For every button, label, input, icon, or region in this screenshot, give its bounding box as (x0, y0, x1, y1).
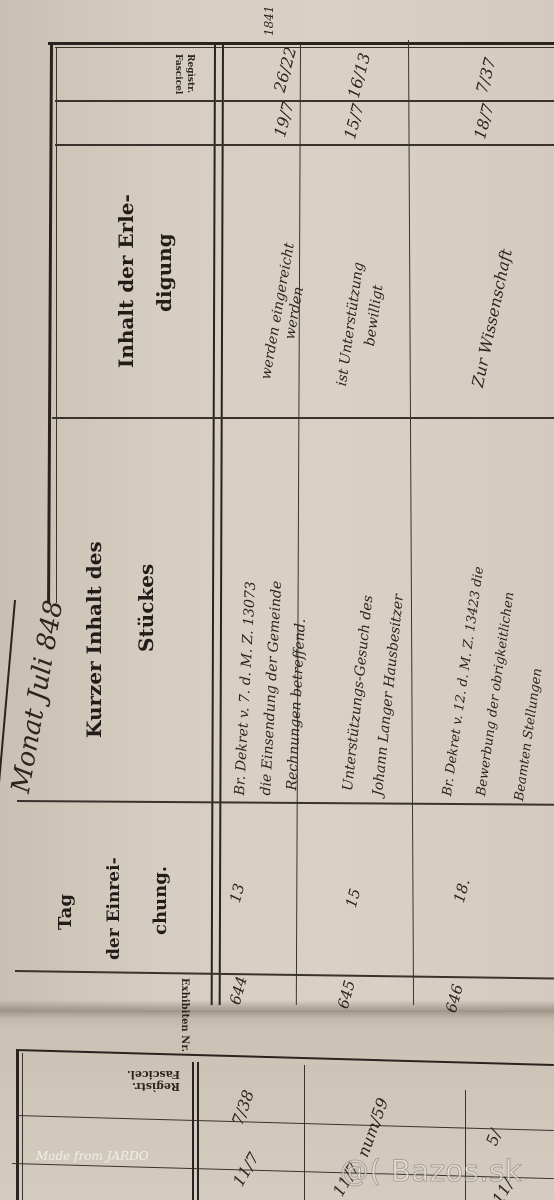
upper-register-page (0, 0, 554, 1010)
watermark-credit: Made from JARDO (36, 1149, 149, 1163)
lower-header-register-line1: Regìstr. (132, 1080, 180, 1093)
corner-note: 1841 (262, 5, 276, 36)
lower-table-border-left (16, 1050, 19, 1200)
lower-table-border-left-inner (22, 1053, 23, 1200)
lower-entry-divider-1 (304, 1065, 305, 1200)
table-border-left-inner (56, 48, 57, 603)
page-fold-shadow (0, 1000, 554, 1018)
table-border-top-inner (55, 47, 554, 48)
lower-header-register-line2: Fascicel. (127, 1068, 180, 1081)
watermark-site: @( Bazos.sk (340, 1154, 522, 1188)
header-register-line1: Regìstr. (185, 54, 195, 93)
header-summary-line1: Kurzer Inhalt des (82, 541, 106, 738)
lower-header-divider-1 (192, 1062, 194, 1200)
header-day-line2: der Einrei- (104, 857, 124, 960)
header-day-line3: chung. (150, 866, 171, 935)
row-divider-fraction (55, 144, 554, 146)
header-summary-line2: Stückes (134, 564, 158, 652)
header-resolution-line1: Inhalt der Erle- (114, 194, 138, 368)
header-register-line2: Fascicel (173, 54, 183, 94)
header-exhibit-no: Exhibiten Nr. (179, 978, 190, 1052)
lower-header-divider-2 (197, 1062, 199, 1200)
header-day-line1: Tag (55, 894, 76, 930)
row-divider-resolution (52, 417, 554, 419)
header-resolution-line2: digung (152, 233, 176, 312)
